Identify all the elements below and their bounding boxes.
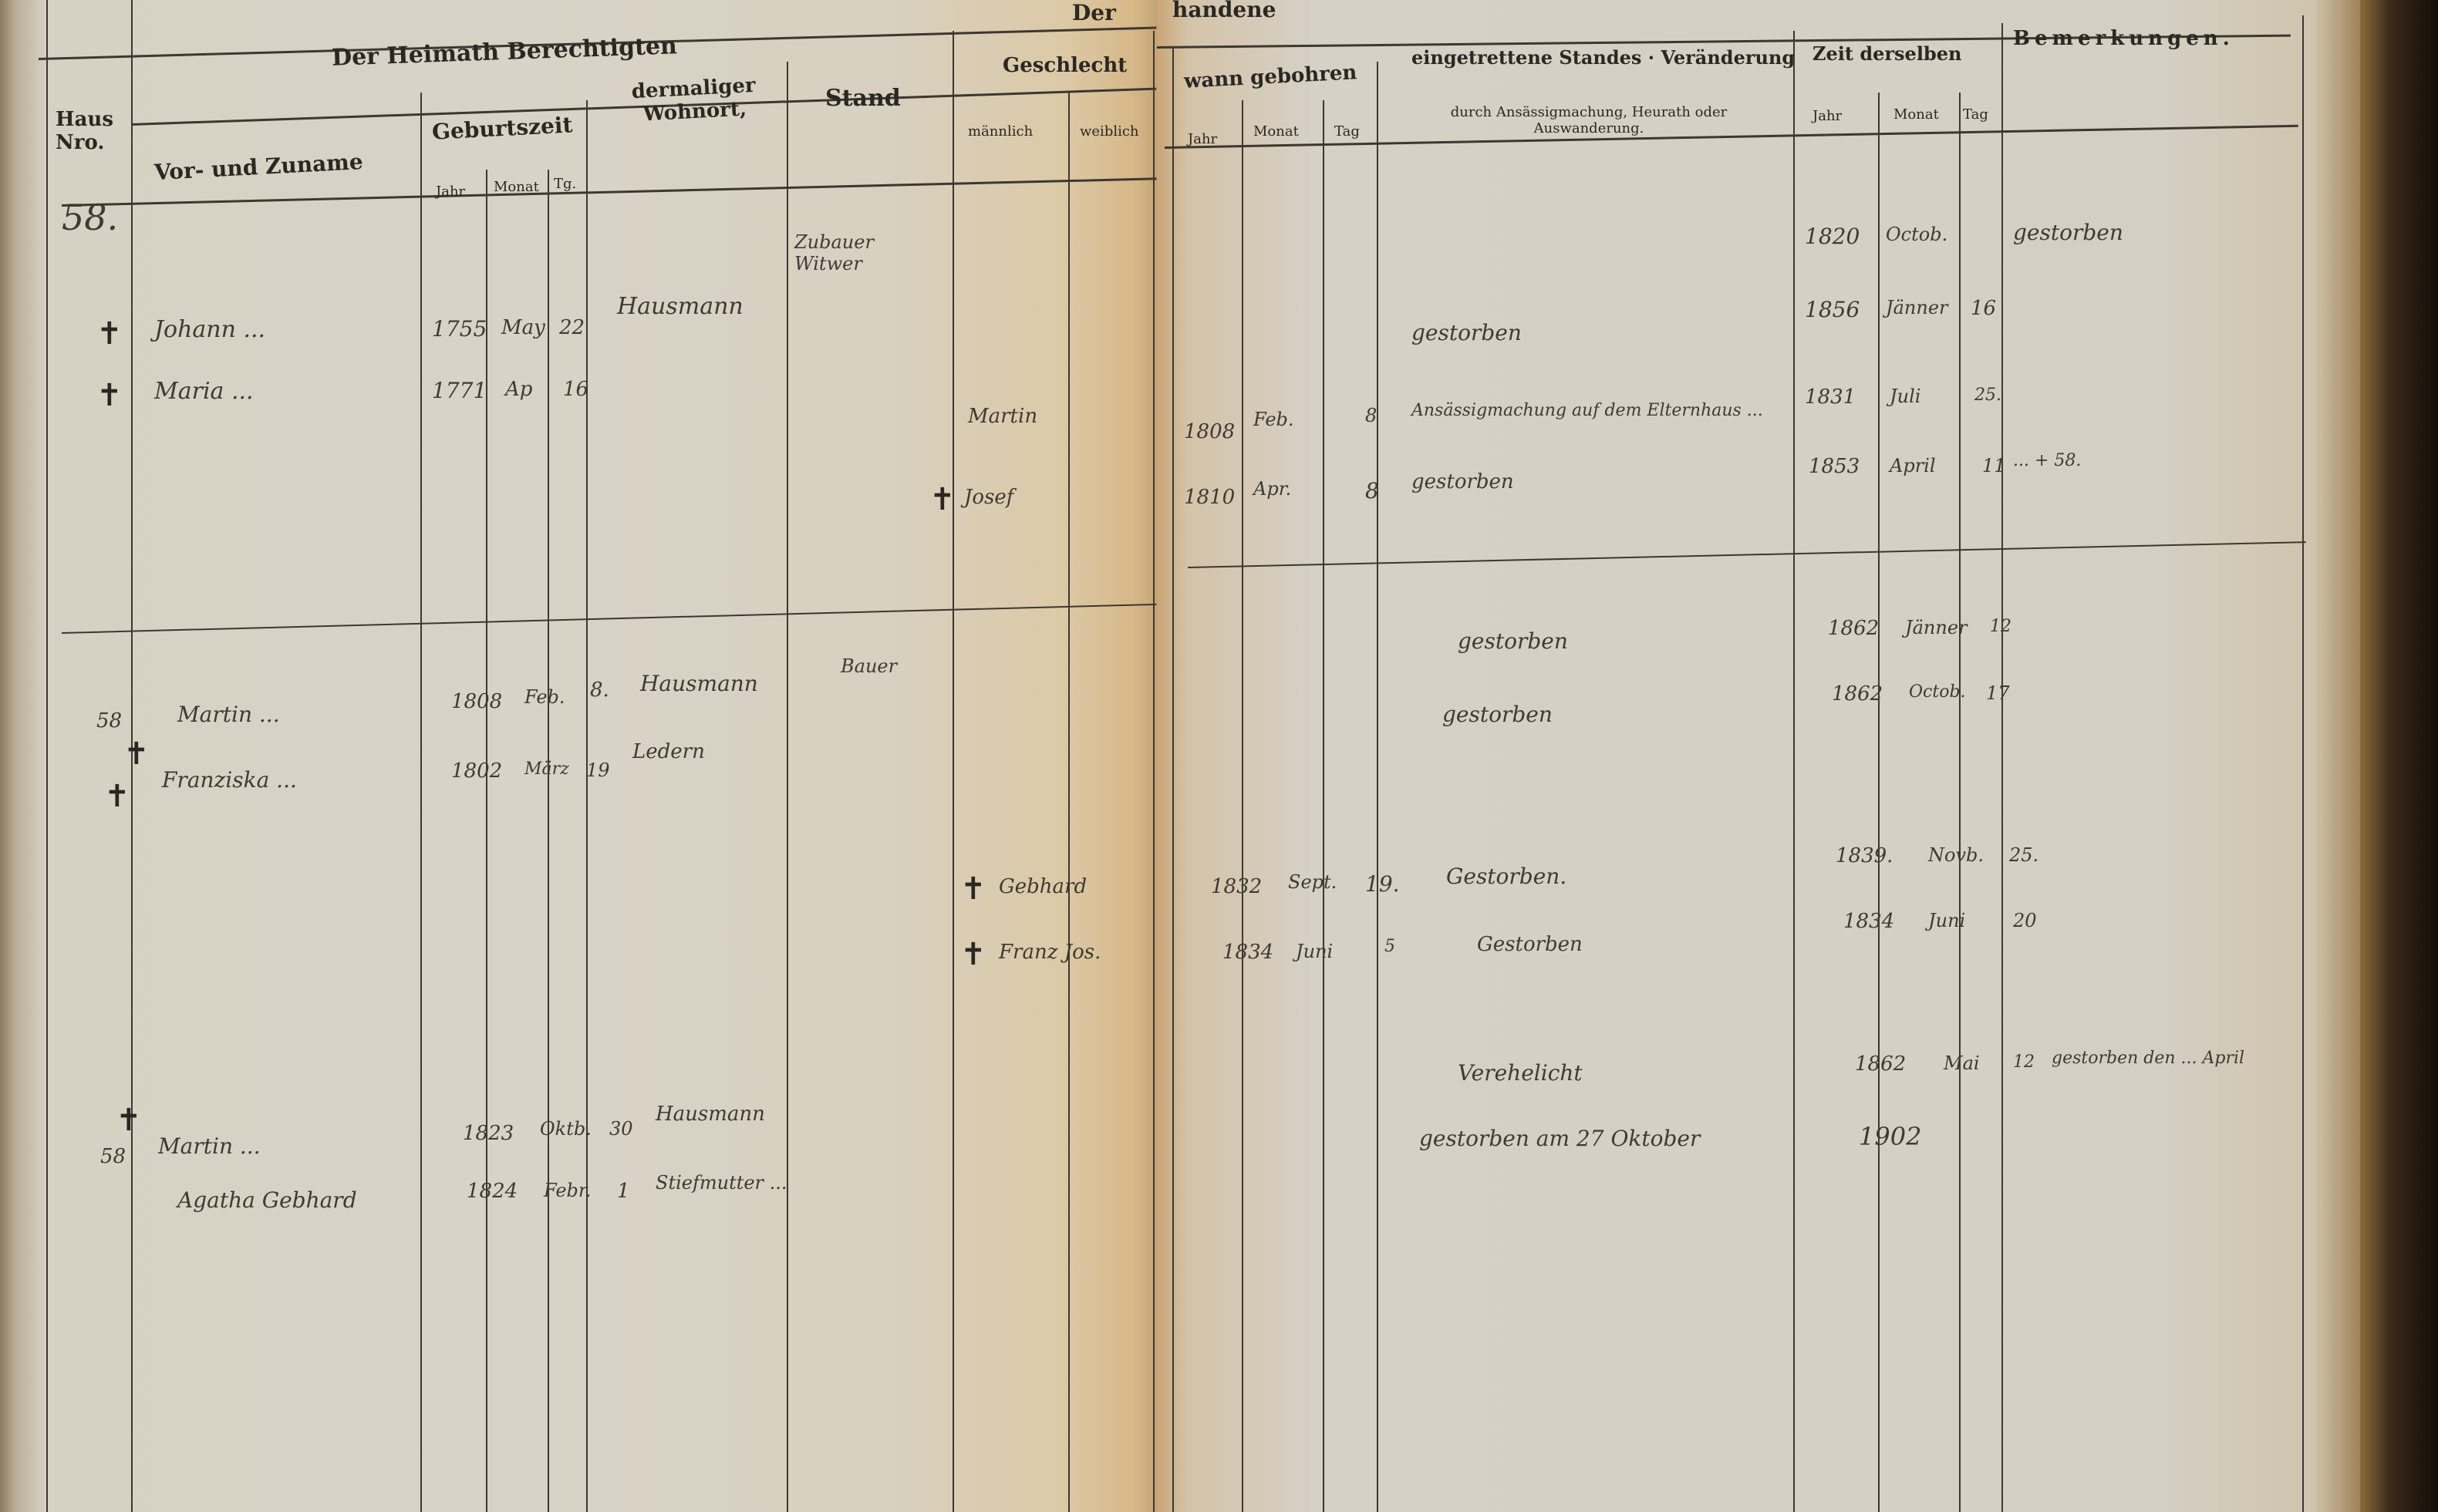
death-cross-icon: ✝ bbox=[960, 937, 986, 972]
child-month: Juni bbox=[1296, 941, 1333, 962]
rule bbox=[1878, 93, 1880, 1512]
entry-month: May bbox=[501, 316, 545, 339]
child-name: Gebhard bbox=[999, 875, 1087, 898]
col-wg-tag: Tag bbox=[1334, 123, 1360, 140]
child-month: Apr. bbox=[1253, 478, 1291, 500]
col-wohnort: dermaliger Wohnort, bbox=[616, 73, 773, 127]
entry-name: Agatha Gebhard bbox=[177, 1187, 357, 1213]
zd-year: 1820 bbox=[1805, 224, 1860, 249]
house-number: 58 bbox=[96, 709, 122, 732]
zd-day: 16 bbox=[1971, 297, 1996, 320]
col-zeit-derselben: Zeit derselben bbox=[1812, 42, 1961, 65]
remark: ... + 58. bbox=[2013, 451, 2081, 470]
entry-month: Oktb. bbox=[540, 1118, 592, 1140]
entry-wohnort: Hausmann bbox=[640, 671, 758, 696]
rule bbox=[46, 0, 48, 1512]
death-cross-icon: ✝ bbox=[116, 1103, 142, 1138]
right-title-fragment: handene bbox=[1172, 0, 1276, 22]
child-month: Feb. bbox=[1253, 409, 1294, 430]
rule bbox=[420, 93, 422, 1512]
rule bbox=[787, 62, 788, 1512]
change-text: gestorben am 27 Oktober bbox=[1419, 1126, 1700, 1151]
zd-year: 1853 bbox=[1809, 455, 1860, 478]
entry-year: 1823 bbox=[463, 1122, 514, 1145]
entry-day: 16 bbox=[563, 378, 588, 401]
child-year: 1832 bbox=[1211, 875, 1262, 898]
col-zd-monat: Monat bbox=[1893, 106, 1939, 123]
entry-wohnort: Ledern bbox=[632, 740, 705, 763]
death-cross-icon: ✝ bbox=[96, 316, 123, 352]
entry-name: Franziska ... bbox=[162, 767, 297, 793]
rule bbox=[1242, 100, 1243, 1512]
child-year: 1834 bbox=[1222, 941, 1273, 964]
zd-month: April bbox=[1890, 455, 1936, 476]
entry-name: Martin ... bbox=[158, 1133, 261, 1159]
change-text: Gestorben bbox=[1477, 933, 1583, 956]
rule bbox=[586, 100, 588, 1512]
book-edge bbox=[2360, 0, 2438, 1512]
col-maennlich: männlich bbox=[968, 123, 1033, 140]
left-page bbox=[0, 0, 1157, 1512]
zd-month: Octob. bbox=[1909, 682, 1966, 702]
rule bbox=[1793, 31, 1795, 1512]
entry-month: März bbox=[524, 759, 569, 779]
rule bbox=[1377, 62, 1378, 1512]
change-text: Ansässigmachung auf dem Elternhaus ... bbox=[1411, 401, 1782, 420]
col-gz-tag: Tg. bbox=[554, 176, 576, 192]
zd-year: 1839. bbox=[1836, 844, 1893, 867]
col-geschlecht: Geschlecht bbox=[1003, 54, 1127, 77]
entry-year: 1771 bbox=[432, 378, 487, 403]
rule bbox=[1323, 100, 1324, 1512]
change-text: Verehelicht bbox=[1458, 1060, 1583, 1086]
house-number: 58. bbox=[62, 197, 118, 238]
entry-day: 19 bbox=[586, 759, 610, 781]
col-stand: Stand bbox=[825, 85, 901, 112]
entry-day: 22 bbox=[559, 316, 585, 339]
col-veraenderung-sub: durch Ansässigmachung, Heurath oder Ausw… bbox=[1411, 104, 1766, 136]
child-day: 8 bbox=[1365, 405, 1377, 426]
col-veraenderung: eingetrettene Standes · Veränderung bbox=[1411, 46, 1795, 69]
death-cross-icon: ✝ bbox=[104, 779, 130, 814]
rule bbox=[486, 170, 487, 1512]
change-text: gestorben bbox=[1442, 702, 1553, 727]
gutter-fragment: Der bbox=[1072, 0, 1116, 25]
change-text: gestorben bbox=[1411, 320, 1522, 345]
entry-day: 8. bbox=[590, 679, 609, 702]
zd-month: Octob. bbox=[1886, 224, 1947, 245]
zd-year: 1862 bbox=[1828, 617, 1879, 640]
entry-stand: Zubauer Witwer bbox=[794, 231, 941, 274]
col-gz-jahr: Jahr bbox=[436, 184, 465, 200]
entry-wohnort: Stiefmutter ... bbox=[656, 1172, 787, 1194]
remark: gestorben den ... April bbox=[2052, 1049, 2244, 1068]
zd-month: Mai bbox=[1944, 1052, 1980, 1074]
entry-name: Johann ... bbox=[154, 316, 265, 343]
child-name: Josef bbox=[964, 486, 1013, 509]
col-wg-jahr: Jahr bbox=[1188, 131, 1217, 147]
zd-year: 1862 bbox=[1855, 1052, 1906, 1076]
zd-month: Juni bbox=[1928, 910, 1965, 931]
rule bbox=[953, 31, 954, 1512]
zd-day: 25. bbox=[1974, 386, 2001, 405]
rule bbox=[1068, 93, 1070, 1512]
child-year: 1810 bbox=[1184, 486, 1235, 509]
right-page bbox=[1157, 0, 2360, 1512]
entry-month: Feb. bbox=[524, 686, 565, 708]
child-year: 1808 bbox=[1184, 420, 1235, 443]
zd-year: 1856 bbox=[1805, 297, 1860, 322]
open-register-book: Der Heimath Berechtigten Der handene Hau… bbox=[0, 0, 2438, 1512]
col-wg-monat: Monat bbox=[1253, 123, 1299, 140]
entry-day: 30 bbox=[609, 1118, 633, 1140]
rule bbox=[548, 170, 549, 1512]
death-cross-icon: ✝ bbox=[123, 736, 150, 772]
col-weiblich: weiblich bbox=[1080, 123, 1139, 140]
zd-month: Juli bbox=[1890, 386, 1920, 407]
zd-month: Novb. bbox=[1928, 844, 1984, 866]
entry-name: Martin ... bbox=[177, 702, 280, 727]
entry-month: Ap bbox=[505, 378, 532, 401]
rule bbox=[1172, 46, 1174, 1512]
zd-month: Jänner bbox=[1886, 297, 1948, 318]
zd-year: 1831 bbox=[1805, 386, 1856, 409]
rule bbox=[2302, 15, 2304, 1512]
death-cross-icon: ✝ bbox=[96, 378, 123, 413]
remark: gestorben bbox=[2013, 220, 2123, 245]
col-zd-tag: Tag bbox=[1963, 106, 1988, 123]
zd-year: 1834 bbox=[1843, 910, 1894, 933]
change-text: gestorben bbox=[1411, 470, 1514, 493]
child-day: 5 bbox=[1384, 937, 1395, 956]
child-month: Sept. bbox=[1288, 871, 1337, 893]
zd-day: 12 bbox=[1990, 617, 2011, 636]
child-day: 8 bbox=[1365, 478, 1379, 503]
zd-year: 1902 bbox=[1859, 1122, 1921, 1151]
change-text: Gestorben. bbox=[1446, 864, 1566, 889]
death-cross-icon: ✝ bbox=[960, 871, 986, 907]
zd-day: 17 bbox=[1986, 682, 2010, 704]
child-name: Martin bbox=[968, 405, 1037, 428]
col-bemerkungen: Bemerkungen. bbox=[2013, 27, 2234, 50]
entry-year: 1802 bbox=[451, 759, 502, 783]
child-name: Franz Jos. bbox=[999, 941, 1101, 964]
entry-wohnort: Hausmann bbox=[656, 1103, 765, 1126]
zd-day: 20 bbox=[2013, 910, 2037, 931]
death-cross-icon: ✝ bbox=[929, 482, 956, 517]
col-zd-jahr: Jahr bbox=[1812, 108, 1842, 124]
entry-year: 1755 bbox=[432, 316, 487, 342]
house-number: 58 bbox=[100, 1145, 126, 1168]
entry-wohnort: Hausmann bbox=[617, 293, 744, 320]
rule bbox=[2001, 23, 2003, 1512]
rule bbox=[1959, 93, 1961, 1512]
entry-month: Febr. bbox=[544, 1180, 591, 1201]
child-day: 19. bbox=[1365, 871, 1400, 897]
entry-year: 1808 bbox=[451, 690, 502, 713]
zd-day: 11 bbox=[1982, 455, 2006, 476]
zd-year: 1862 bbox=[1832, 682, 1883, 705]
entry-stand: Bauer bbox=[841, 655, 897, 677]
entry-year: 1824 bbox=[467, 1180, 518, 1203]
col-gz-monat: Monat bbox=[494, 179, 539, 195]
zd-month: Jänner bbox=[1905, 617, 1968, 638]
zd-day: 25. bbox=[2009, 844, 2038, 866]
entry-day: 1 bbox=[617, 1180, 630, 1203]
zd-day: 12 bbox=[2013, 1052, 2035, 1072]
change-text: gestorben bbox=[1458, 628, 1568, 654]
rule bbox=[1153, 31, 1155, 1512]
col-haus-nro: Haus Nro. bbox=[56, 108, 125, 154]
entry-name: Maria ... bbox=[154, 378, 254, 405]
